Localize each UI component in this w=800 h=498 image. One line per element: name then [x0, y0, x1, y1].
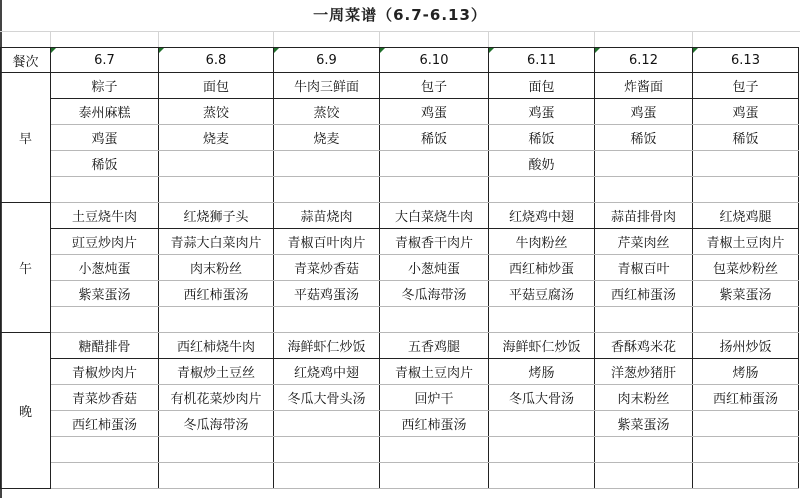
dish-cell[interactable]: 烤肠	[693, 359, 799, 385]
gridline	[488, 32, 489, 48]
dish-cell[interactable]: 青椒百叶肉片	[274, 229, 380, 255]
dish-cell[interactable]: 五香鸡腿	[380, 333, 489, 359]
dish-cell[interactable]: 青菜炒香菇	[51, 385, 159, 411]
cell-comment-marker-icon	[595, 48, 600, 53]
dish-cell[interactable]: 青椒香干肉片	[380, 229, 489, 255]
table-row: 稀饭酸奶	[1, 151, 799, 177]
meal-label[interactable]: 早	[1, 73, 51, 203]
dish-cell[interactable]: 肉末粉丝	[159, 255, 274, 281]
dish-cell[interactable]: 牛肉粉丝	[489, 229, 595, 255]
dish-cell[interactable]: 海鲜虾仁炒饭	[274, 333, 380, 359]
cell-comment-marker-icon	[274, 48, 279, 53]
dish-cell[interactable]: 包菜炒粉丝	[693, 255, 799, 281]
dish-cell[interactable]: 紫菜蛋汤	[693, 281, 799, 307]
menu-body: 早粽子面包牛肉三鲜面包子面包炸酱面包子泰州麻糕蒸饺蒸饺鸡蛋鸡蛋鸡蛋鸡蛋鸡蛋烧麦烧…	[1, 73, 799, 489]
dish-cell[interactable]	[274, 307, 380, 333]
dish-cell[interactable]: 西红柿烧牛肉	[159, 333, 274, 359]
dish-cell[interactable]: 烤肠	[489, 359, 595, 385]
dish-cell[interactable]: 泰州麻糕	[51, 99, 159, 125]
dish-cell[interactable]: 西红柿蛋汤	[595, 281, 693, 307]
date-header[interactable]: 6.8	[159, 48, 274, 73]
dish-cell[interactable]: 蒸饺	[274, 99, 380, 125]
dish-cell[interactable]: 海鲜虾仁炒饭	[489, 333, 595, 359]
dish-cell[interactable]: 红烧鸡腿	[693, 203, 799, 229]
dish-cell[interactable]: 稀饭	[489, 125, 595, 151]
dish-cell[interactable]: 红烧狮子头	[159, 203, 274, 229]
dish-cell[interactable]: 西红柿蛋汤	[380, 411, 489, 437]
cell-comment-marker-icon	[159, 48, 164, 53]
blank-spacer-row	[0, 31, 800, 48]
dish-cell[interactable]	[489, 411, 595, 437]
menu-title: 一周菜谱（6.7-6.13）	[0, 0, 800, 31]
dish-cell[interactable]	[159, 151, 274, 177]
dish-cell[interactable]: 稀饭	[380, 125, 489, 151]
dish-cell[interactable]	[595, 437, 693, 463]
dish-cell[interactable]: 稀饭	[595, 125, 693, 151]
dish-cell[interactable]	[489, 437, 595, 463]
dish-cell[interactable]: 豇豆炒肉片	[51, 229, 159, 255]
meal-column-header[interactable]: 餐次	[1, 48, 51, 73]
dish-cell[interactable]: 有机花菜炒肉片	[159, 385, 274, 411]
cell-comment-marker-icon	[51, 48, 56, 53]
gridline	[692, 32, 693, 48]
table-row: 鸡蛋烧麦烧麦稀饭稀饭稀饭稀饭	[1, 125, 799, 151]
dish-cell[interactable]	[693, 177, 799, 203]
dish-cell[interactable]: 鸡蛋	[595, 99, 693, 125]
dish-cell[interactable]	[380, 437, 489, 463]
dish-cell[interactable]: 牛肉三鲜面	[274, 73, 380, 99]
dish-cell[interactable]	[693, 463, 799, 489]
dish-cell[interactable]: 西红柿蛋汤	[693, 385, 799, 411]
dish-cell[interactable]: 糖醋排骨	[51, 333, 159, 359]
date-header[interactable]: 6.12	[595, 48, 693, 73]
dish-cell[interactable]	[489, 463, 595, 489]
dish-cell[interactable]: 芹菜肉丝	[595, 229, 693, 255]
dish-cell[interactable]: 冬瓜海带汤	[159, 411, 274, 437]
dish-cell[interactable]: 西红柿蛋汤	[159, 281, 274, 307]
cell-comment-marker-icon	[380, 48, 385, 53]
dish-cell[interactable]: 炸酱面	[595, 73, 693, 99]
gridline	[273, 32, 274, 48]
dish-cell[interactable]	[159, 437, 274, 463]
date-header[interactable]: 6.9	[274, 48, 380, 73]
dish-cell[interactable]: 红烧鸡中翅	[489, 203, 595, 229]
dish-cell[interactable]: 回炉干	[380, 385, 489, 411]
dish-cell[interactable]: 冬瓜海带汤	[380, 281, 489, 307]
dish-cell[interactable]	[380, 463, 489, 489]
meal-label[interactable]: 午	[1, 203, 51, 333]
dish-cell[interactable]: 西红柿炒蛋	[489, 255, 595, 281]
dish-cell[interactable]	[51, 463, 159, 489]
meal-label[interactable]: 晚	[1, 333, 51, 489]
date-header[interactable]: 6.10	[380, 48, 489, 73]
dish-cell[interactable]: 平菇豆腐汤	[489, 281, 595, 307]
table-row: 豇豆炒肉片青蒜大白菜肉片青椒百叶肉片青椒香干肉片牛肉粉丝芹菜肉丝青椒土豆肉片	[1, 229, 799, 255]
dish-cell[interactable]	[159, 307, 274, 333]
dish-cell[interactable]	[159, 463, 274, 489]
header-row: 餐次 6.7 6.8 6.9 6.10 6.11 6.12 6.13	[1, 48, 799, 73]
table-row	[1, 463, 799, 489]
dish-cell[interactable]	[595, 307, 693, 333]
gridline	[379, 32, 380, 48]
dish-cell[interactable]	[274, 463, 380, 489]
dish-cell[interactable]	[51, 307, 159, 333]
table-row: 晚糖醋排骨西红柿烧牛肉海鲜虾仁炒饭五香鸡腿海鲜虾仁炒饭香酥鸡米花扬州炒饭	[1, 333, 799, 359]
dish-cell[interactable]: 扬州炒饭	[693, 333, 799, 359]
gridline	[594, 32, 595, 48]
dish-cell[interactable]: 青椒百叶	[595, 255, 693, 281]
dish-cell[interactable]: 鸡蛋	[489, 99, 595, 125]
dish-cell[interactable]	[380, 177, 489, 203]
dish-cell[interactable]	[380, 307, 489, 333]
dish-cell[interactable]	[693, 151, 799, 177]
dish-cell[interactable]: 酸奶	[489, 151, 595, 177]
dish-cell[interactable]: 烧麦	[274, 125, 380, 151]
date-header[interactable]: 6.13	[693, 48, 799, 73]
cell-comment-marker-icon	[693, 48, 698, 53]
dish-cell[interactable]: 鸡蛋	[51, 125, 159, 151]
dish-cell[interactable]: 稀饭	[693, 125, 799, 151]
dish-cell[interactable]	[274, 177, 380, 203]
dish-cell[interactable]: 小葱炖蛋	[380, 255, 489, 281]
gridline	[50, 32, 51, 48]
table-row: 小葱炖蛋肉末粉丝青菜炒香菇小葱炖蛋西红柿炒蛋青椒百叶包菜炒粉丝	[1, 255, 799, 281]
table-row: 泰州麻糕蒸饺蒸饺鸡蛋鸡蛋鸡蛋鸡蛋	[1, 99, 799, 125]
dish-cell[interactable]: 洋葱炒猪肝	[595, 359, 693, 385]
dish-cell[interactable]	[274, 411, 380, 437]
dish-cell[interactable]: 大白菜烧牛肉	[380, 203, 489, 229]
dish-cell[interactable]	[51, 437, 159, 463]
dish-cell[interactable]: 紫菜蛋汤	[595, 411, 693, 437]
dish-cell[interactable]: 蒜苗烧肉	[274, 203, 380, 229]
dish-cell[interactable]	[693, 307, 799, 333]
dish-cell[interactable]: 肉末粉丝	[595, 385, 693, 411]
dish-cell[interactable]: 冬瓜大骨头汤	[274, 385, 380, 411]
dish-cell[interactable]	[693, 411, 799, 437]
dish-cell[interactable]: 紫菜蛋汤	[51, 281, 159, 307]
table-row: 青椒炒肉片青椒炒土豆丝红烧鸡中翅青椒土豆肉片烤肠洋葱炒猪肝烤肠	[1, 359, 799, 385]
table-row	[1, 177, 799, 203]
dish-cell[interactable]: 香酥鸡米花	[595, 333, 693, 359]
dish-cell[interactable]: 蒜苗排骨肉	[595, 203, 693, 229]
dish-cell[interactable]: 粽子	[51, 73, 159, 99]
dish-cell[interactable]	[595, 463, 693, 489]
date-header[interactable]: 6.7	[51, 48, 159, 73]
dish-cell[interactable]: 烧麦	[159, 125, 274, 151]
date-header[interactable]: 6.11	[489, 48, 595, 73]
cell-comment-marker-icon	[489, 48, 494, 53]
table-row: 午土豆烧牛肉红烧狮子头蒜苗烧肉大白菜烧牛肉红烧鸡中翅蒜苗排骨肉红烧鸡腿	[1, 203, 799, 229]
dish-cell[interactable]: 面包	[159, 73, 274, 99]
dish-cell[interactable]: 鸡蛋	[693, 99, 799, 125]
dish-cell[interactable]: 小葱炖蛋	[51, 255, 159, 281]
dish-cell[interactable]	[274, 151, 380, 177]
dish-cell[interactable]: 青椒炒肉片	[51, 359, 159, 385]
table-row: 青菜炒香菇有机花菜炒肉片冬瓜大骨头汤回炉干冬瓜大骨汤肉末粉丝西红柿蛋汤	[1, 385, 799, 411]
dish-cell[interactable]: 面包	[489, 73, 595, 99]
dish-cell[interactable]	[274, 437, 380, 463]
table-row: 紫菜蛋汤西红柿蛋汤平菇鸡蛋汤冬瓜海带汤平菇豆腐汤西红柿蛋汤紫菜蛋汤	[1, 281, 799, 307]
dish-cell[interactable]	[693, 437, 799, 463]
dish-cell[interactable]	[159, 177, 274, 203]
dish-cell[interactable]: 平菇鸡蛋汤	[274, 281, 380, 307]
dish-cell[interactable]	[489, 177, 595, 203]
dish-cell[interactable]: 西红柿蛋汤	[51, 411, 159, 437]
table-row: 西红柿蛋汤冬瓜海带汤西红柿蛋汤紫菜蛋汤	[1, 411, 799, 437]
dish-cell[interactable]: 冬瓜大骨汤	[489, 385, 595, 411]
dish-cell[interactable]: 青椒土豆肉片	[693, 229, 799, 255]
dish-cell[interactable]: 红烧鸡中翅	[274, 359, 380, 385]
dish-cell[interactable]: 青蒜大白菜肉片	[159, 229, 274, 255]
table-row	[1, 307, 799, 333]
dish-cell[interactable]	[489, 307, 595, 333]
dish-cell[interactable]: 青椒土豆肉片	[380, 359, 489, 385]
dish-cell[interactable]	[595, 151, 693, 177]
dish-cell[interactable]	[51, 177, 159, 203]
weekly-menu-table: 餐次 6.7 6.8 6.9 6.10 6.11 6.12 6.13 早粽子面包…	[0, 47, 799, 489]
dish-cell[interactable]: 青椒炒土豆丝	[159, 359, 274, 385]
table-row	[1, 437, 799, 463]
dish-cell[interactable]: 土豆烧牛肉	[51, 203, 159, 229]
dish-cell[interactable]: 鸡蛋	[380, 99, 489, 125]
dish-cell[interactable]: 蒸饺	[159, 99, 274, 125]
dish-cell[interactable]: 包子	[380, 73, 489, 99]
dish-cell[interactable]	[380, 151, 489, 177]
dish-cell[interactable]	[595, 177, 693, 203]
gridline	[158, 32, 159, 48]
dish-cell[interactable]: 稀饭	[51, 151, 159, 177]
dish-cell[interactable]: 包子	[693, 73, 799, 99]
dish-cell[interactable]: 青菜炒香菇	[274, 255, 380, 281]
table-row: 早粽子面包牛肉三鲜面包子面包炸酱面包子	[1, 73, 799, 99]
